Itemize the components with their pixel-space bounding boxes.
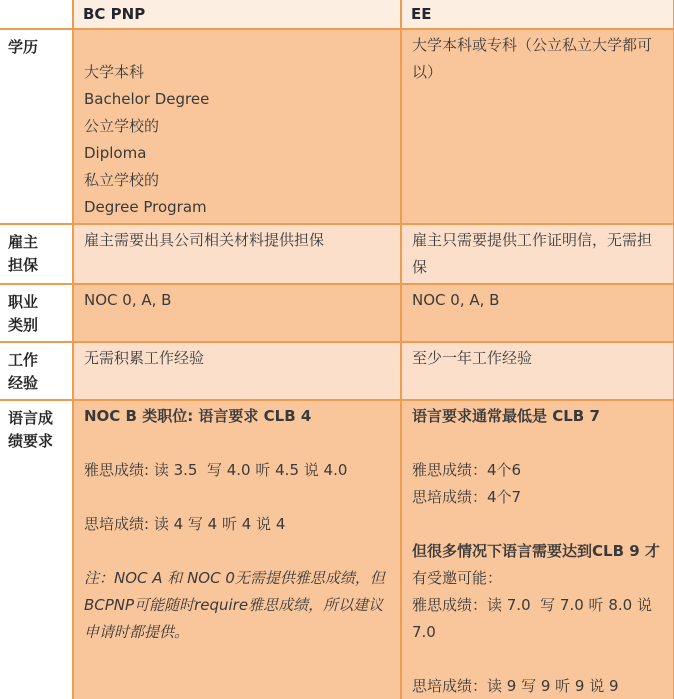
text-run: 有受邀可能： — [412, 569, 502, 587]
row-label-line: 类别 — [8, 314, 64, 337]
text-run: 至少一年工作经验 — [412, 349, 532, 367]
text-run: Diploma — [84, 144, 146, 162]
table-row: 语言成绩要求NOC B 类职位: 语言要求 CLB 4 雅思成绩: 读 3.5 … — [0, 400, 674, 699]
cell-bcpnp: 雇主需要出具公司相关材料提供担保 — [73, 224, 401, 284]
row-label-line: 雇主 — [8, 231, 64, 254]
cell-line: 雅思成绩：4个6 — [412, 457, 663, 484]
text-run: Bachelor Degree — [84, 90, 209, 108]
text-run: 公立学校的 — [84, 117, 159, 135]
cell-ee: 大学本科或专科（公立私立大学都可以） — [401, 29, 674, 224]
table-row: 雇主担保雇主需要出具公司相关材料提供担保雇主只需要提供工作证明信，无需担保 — [0, 224, 674, 284]
table-body: 学历 大学本科Bachelor Degree公立学校的Diploma私立学校的D… — [0, 29, 674, 699]
cell-ee: 至少一年工作经验 — [401, 342, 674, 400]
text-run: 思培成绩：4个7 — [412, 488, 521, 506]
row-label-line: 工作 — [8, 349, 64, 372]
text-run: 雇主只需要提供工作证明信，无需担保 — [412, 231, 652, 276]
text-run: 语言要求通常最低是 CLB 7 — [412, 407, 600, 425]
text-run: 思培成绩：读 9 写 9 听 9 说 9 — [412, 677, 619, 695]
cell-line — [412, 430, 663, 457]
cell-line: 私立学校的 — [84, 167, 390, 194]
cell-line: 思培成绩：4个7 — [412, 484, 663, 511]
row-label-line: 绩要求 — [8, 430, 64, 453]
cell-ee: NOC 0, A, B — [401, 284, 674, 342]
cell-line: Diploma — [84, 140, 390, 167]
row-label: 雇主担保 — [0, 224, 73, 284]
cell-line — [412, 511, 663, 538]
cell-line: 雇主需要出具公司相关材料提供担保 — [84, 227, 390, 254]
column-header-bcpnp: BC PNP — [73, 0, 401, 29]
text-run: Degree Program — [84, 198, 207, 216]
row-label-line: 经验 — [8, 372, 64, 395]
cell-bcpnp: NOC 0, A, B — [73, 284, 401, 342]
comparison-table: BC PNP EE 学历 大学本科Bachelor Degree公立学校的Dip… — [0, 0, 674, 699]
cell-bcpnp: 无需积累工作经验 — [73, 342, 401, 400]
text-run: 大学本科或专科（公立私立大学都可以） — [412, 36, 652, 81]
cell-bcpnp: NOC B 类职位: 语言要求 CLB 4 雅思成绩: 读 3.5 写 4.0 … — [73, 400, 401, 699]
cell-line: NOC 0, A, B — [412, 287, 663, 314]
text-run: 思培成绩: 读 4 写 4 听 4 说 4 — [84, 515, 285, 533]
row-label: 学历 — [0, 29, 73, 224]
text-run: 注：NOC A 和 NOC 0无需提供雅思成绩，但BCPNP可能随时requir… — [84, 569, 385, 641]
cell-ee: 语言要求通常最低是 CLB 7 雅思成绩：4个6思培成绩：4个7 但很多情况下语… — [401, 400, 674, 699]
header-row: BC PNP EE — [0, 0, 674, 29]
cell-line: Bachelor Degree — [84, 86, 390, 113]
cell-line — [84, 538, 390, 565]
row-label-line: 语言成 — [8, 407, 64, 430]
corner-cell — [0, 0, 73, 29]
text-run: NOC 0, A, B — [412, 291, 499, 309]
cell-line — [412, 646, 663, 673]
cell-line: 语言要求通常最低是 CLB 7 — [412, 403, 663, 430]
cell-line: 无需积累工作经验 — [84, 345, 390, 372]
text-run: 私立学校的 — [84, 171, 159, 189]
text-run: 雅思成绩：读 7.0 写 7.0 听 8.0 说 7.0 — [412, 596, 657, 641]
row-label: 工作经验 — [0, 342, 73, 400]
cell-line: 至少一年工作经验 — [412, 345, 663, 372]
column-header-ee: EE — [401, 0, 674, 29]
table-row: 学历 大学本科Bachelor Degree公立学校的Diploma私立学校的D… — [0, 29, 674, 224]
cell-line: Degree Program — [84, 194, 390, 221]
row-label-line: 职业 — [8, 291, 64, 314]
cell-line: 大学本科或专科（公立私立大学都可以） — [412, 32, 663, 86]
text-run: 雅思成绩：4个6 — [412, 461, 521, 479]
cell-line: 但很多情况下语言需要达到CLB 9 才有受邀可能： — [412, 538, 663, 592]
table-row: 职业类别NOC 0, A, BNOC 0, A, B — [0, 284, 674, 342]
text-run: 雅思成绩: 读 3.5 写 4.0 听 4.5 说 4.0 — [84, 461, 347, 479]
row-label: 职业类别 — [0, 284, 73, 342]
cell-line: NOC B 类职位: 语言要求 CLB 4 — [84, 403, 390, 430]
cell-line: 雅思成绩：读 7.0 写 7.0 听 8.0 说 7.0 — [412, 592, 663, 646]
cell-line: 思培成绩: 读 4 写 4 听 4 说 4 — [84, 511, 390, 538]
cell-line: 雅思成绩: 读 3.5 写 4.0 听 4.5 说 4.0 — [84, 457, 390, 484]
cell-line: NOC 0, A, B — [84, 287, 390, 314]
text-run: 雇主需要出具公司相关材料提供担保 — [84, 231, 324, 249]
cell-line — [84, 32, 390, 59]
text-run: NOC 0, A, B — [84, 291, 171, 309]
cell-line: 雇主只需要提供工作证明信，无需担保 — [412, 227, 663, 281]
cell-line: 思培成绩：读 9 写 9 听 9 说 9 — [412, 673, 663, 699]
cell-line — [84, 484, 390, 511]
table-row: 工作经验无需积累工作经验至少一年工作经验 — [0, 342, 674, 400]
row-label-line: 担保 — [8, 254, 64, 277]
text-run: 但很多情况下语言需要达到CLB 9 才 — [412, 542, 660, 560]
text-run: 大学本科 — [84, 63, 144, 81]
cell-ee: 雇主只需要提供工作证明信，无需担保 — [401, 224, 674, 284]
text-run: 无需积累工作经验 — [84, 349, 204, 367]
cell-line: 大学本科 — [84, 59, 390, 86]
cell-line: 公立学校的 — [84, 113, 390, 140]
row-label-line: 学历 — [8, 36, 64, 59]
row-label: 语言成绩要求 — [0, 400, 73, 699]
text-run: NOC B 类职位: 语言要求 CLB 4 — [84, 407, 311, 425]
cell-line — [84, 430, 390, 457]
cell-line: 注：NOC A 和 NOC 0无需提供雅思成绩，但BCPNP可能随时requir… — [84, 565, 390, 646]
cell-bcpnp: 大学本科Bachelor Degree公立学校的Diploma私立学校的Degr… — [73, 29, 401, 224]
